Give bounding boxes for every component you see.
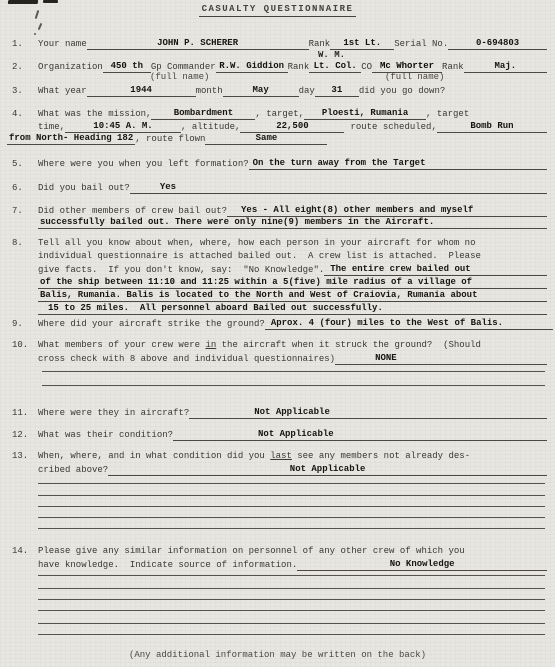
question-13-line-1: 13. When, where, and in what condition d… <box>0 450 555 462</box>
crew-account-answer: 15 to 25 miles. All personnel aboard Bai… <box>38 302 547 315</box>
question-8-line-4: of the ship between 11:10 and 11:25 with… <box>0 276 555 289</box>
pencil-mark <box>34 33 36 35</box>
question-10-line-2: cross check with 8 above and individual … <box>0 352 555 365</box>
other-crew-answer: No Knowledge <box>297 558 547 571</box>
serial-field: 0-694803 <box>448 37 547 50</box>
year-label: What year <box>38 85 87 97</box>
bail-out-answer: Yes <box>130 181 547 194</box>
question-10-line-1: 10. What members of your crew were in th… <box>0 339 555 351</box>
question-5: 5. Where were you when you left formatio… <box>0 157 555 170</box>
crew-account-answer: Balis, Rumania. Balis is located to the … <box>38 289 547 302</box>
strike-ground-answer: Aprox. 4 (four) miles to the West of Bal… <box>265 317 553 330</box>
crew-bail-out-answer-continued: successfully bailed out. There were only… <box>38 216 547 229</box>
strike-ground-label: Where did your aircraft strike the groun… <box>38 318 265 330</box>
question-number: 1. <box>0 38 38 50</box>
organization-label: Organization <box>38 61 103 73</box>
tell-all-text: give facts. If you don't know, say: "No … <box>38 264 324 276</box>
pencil-mark <box>38 23 43 30</box>
gp-rank-field: Lt. Col. <box>309 60 361 73</box>
question-number: 3. <box>0 85 38 97</box>
last-seen-text: see any members not already des- <box>292 450 470 462</box>
question-13-line-2: cribed above? Not Applicable <box>0 463 555 476</box>
blank-rule <box>38 623 545 624</box>
question-12: 12. What was their condition? Not Applic… <box>0 428 555 441</box>
left-formation-label: Where were you when you left formation? <box>38 158 249 170</box>
members-in-aircraft-text: What members of your crew were <box>38 339 205 351</box>
gp-rank-label: Rank <box>288 61 310 73</box>
last-seen-text: cribed above? <box>38 464 108 476</box>
where-in-aircraft-answer: Not Applicable <box>189 406 547 419</box>
question-9: 9. Where did your aircraft strike the gr… <box>0 317 555 330</box>
form-title-row: CASUALTY QUESTIONNAIRE <box>0 3 555 17</box>
co-rank-field: Maj. <box>464 60 547 73</box>
route-continuation-field: from North- Heading 182 <box>7 132 135 145</box>
full-name-hint: (full name) <box>150 71 209 83</box>
question-3: 3. What year 1944 month May day 31 did y… <box>0 84 555 97</box>
question-8-line-3: give facts. If you don't know, say: "No … <box>0 263 555 276</box>
route-flown-field: Same <box>205 132 327 145</box>
gp-commander-field: R.W. Giddion <box>216 60 288 73</box>
co-label: CO <box>361 61 372 73</box>
question-8-line-2: individual questionnaire is attached bai… <box>0 250 555 262</box>
other-crew-text: have knowledge. Indicate source of infor… <box>38 559 297 571</box>
crew-account-answer: of the ship between 11:10 and 11:25 with… <box>38 276 547 289</box>
condition-label: What was their condition? <box>38 429 173 441</box>
question-number: 9. <box>0 318 38 330</box>
day-field: 31 <box>315 84 359 97</box>
year-field: 1944 <box>87 84 196 97</box>
question-number: 10. <box>0 339 38 351</box>
target-time-label: , target <box>426 108 469 120</box>
question-1: 1. Your name JOHN P. SCHERER Rank 1st Lt… <box>0 37 555 50</box>
blank-rule <box>38 634 545 635</box>
question-6: 6. Did you bail out? Yes <box>0 181 555 194</box>
question-14-line-1: 14. Please give any similar information … <box>0 545 555 557</box>
co-rank-label: Rank <box>442 61 464 73</box>
question-number: 13. <box>0 450 38 462</box>
last-seen-text: last <box>270 450 292 462</box>
full-name-hint: (full name) <box>385 71 444 83</box>
blank-rule <box>38 483 545 484</box>
members-answer: NONE <box>335 352 547 365</box>
other-crew-text: Please give any similar information on p… <box>38 545 465 557</box>
question-11: 11. Where were they in aircraft? Not App… <box>0 406 555 419</box>
blank-rule <box>38 610 545 611</box>
question-8-line-1: 8. Tell all you know about when, where, … <box>0 237 555 249</box>
question-number: 6. <box>0 182 38 194</box>
form-title: CASUALTY QUESTIONNAIRE <box>199 3 357 17</box>
question-number: 8. <box>0 237 38 249</box>
route-flown-label: , route flown <box>135 133 205 145</box>
organization-field: 450 th <box>103 60 151 73</box>
blank-rule <box>38 575 545 576</box>
question-2: 2. Organization 450 th Gp Commander R.W.… <box>0 60 555 73</box>
footer-note: (Any additional information may be writt… <box>0 649 555 661</box>
name-field: JOHN P. SCHERER <box>87 37 309 50</box>
casualty-questionnaire-scan: CASUALTY QUESTIONNAIRE 1. Your name JOHN… <box>0 0 555 667</box>
mission-label: What was the mission, <box>38 108 151 120</box>
condition-answer: Not Applicable <box>173 428 547 441</box>
crew-account-answer: The entire crew bailed out <box>324 263 547 276</box>
question-8-line-6: 15 to 25 miles. All personnel aboard Bai… <box>0 302 555 315</box>
last-seen-answer: Not Applicable <box>108 463 547 476</box>
blank-rule <box>38 506 545 507</box>
blank-rule <box>38 495 545 496</box>
question-number: 14. <box>0 545 38 557</box>
blank-rule <box>42 371 545 372</box>
question-number: 2. <box>0 61 38 73</box>
target-field: Ploesti, Rumania <box>304 107 426 120</box>
question-4-line-1: 4. What was the mission, Bombardment , t… <box>0 107 555 120</box>
bail-out-label: Did you bail out? <box>38 182 130 194</box>
question-8-line-5: Balis, Rumania. Balis is located to the … <box>0 289 555 302</box>
month-label: month <box>196 85 223 97</box>
target-label: , target, <box>255 108 304 120</box>
question-14-line-2: have knowledge. Indicate source of infor… <box>0 558 555 571</box>
name-label: Your name <box>38 38 87 50</box>
question-4-line-3: from North- Heading 182 , route flown Sa… <box>0 132 555 145</box>
question-number: 12. <box>0 429 38 441</box>
day-label: day <box>299 85 315 97</box>
members-in-aircraft-text: the aircraft when it struck the ground? … <box>216 339 481 351</box>
question-number: 4. <box>0 108 38 120</box>
members-in-aircraft-text: in <box>205 339 216 351</box>
tell-all-text: individual questionnaire is attached bai… <box>38 250 481 262</box>
question-number: 11. <box>0 407 38 419</box>
blank-rule <box>38 517 545 518</box>
blank-rule <box>38 599 545 600</box>
question-7-line-2: successfully bailed out. There were only… <box>0 216 555 229</box>
cross-check-text: cross check with 8 above and individual … <box>38 353 335 365</box>
where-in-aircraft-label: Where were they in aircraft? <box>38 407 189 419</box>
blank-rule <box>38 528 545 529</box>
tell-all-text: Tell all you know about when, where, how… <box>38 237 475 249</box>
blank-rule <box>38 588 545 589</box>
question-number: 5. <box>0 158 38 170</box>
mission-field: Bombardment <box>151 107 255 120</box>
serial-label: Serial No. <box>394 38 448 50</box>
last-seen-text: When, where, and in what condition did y… <box>38 450 270 462</box>
month-field: May <box>223 84 299 97</box>
go-down-label: did you go down? <box>359 85 445 97</box>
blank-rule <box>42 385 545 386</box>
left-formation-answer: On the turn away from the Target <box>249 157 547 170</box>
